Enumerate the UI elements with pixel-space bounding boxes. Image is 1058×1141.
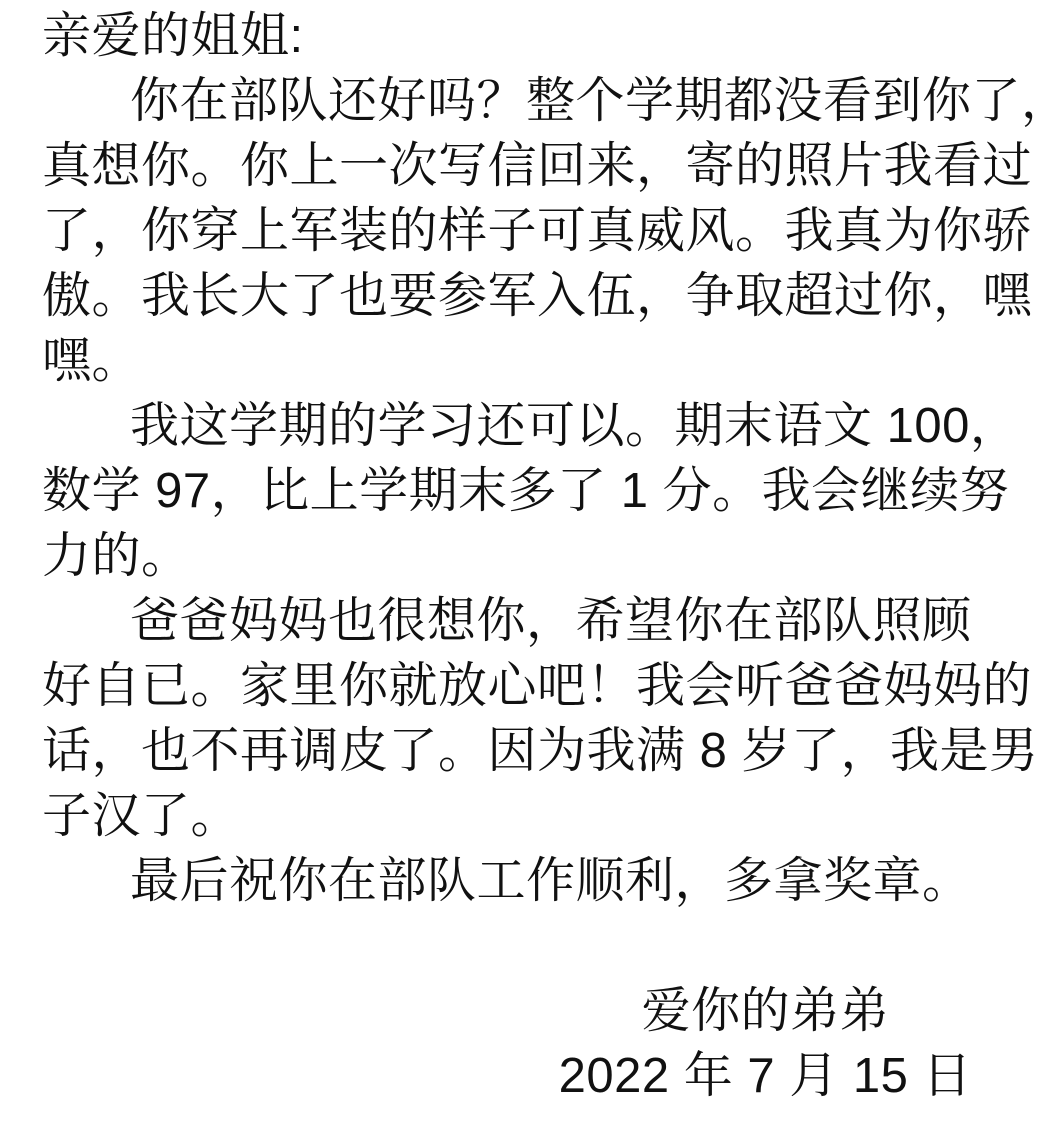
letter-line: 你在部队还好吗？整个学期都没看到你了， <box>42 69 1020 134</box>
letter-greeting: 亲爱的姐姐: <box>42 4 1020 69</box>
letter-line: 好自已。家里你就放心吧！我会听爸爸妈妈的 <box>42 654 1020 719</box>
letter-page: 亲爱的姐姐: 你在部队还好吗？整个学期都没看到你了，真想你。你上一次写信回来，寄… <box>0 0 1058 1109</box>
letter-date: 2022 年 7 月 15 日 <box>559 1044 972 1109</box>
letter-signature: 爱你的弟弟 <box>559 979 972 1044</box>
letter-body: 你在部队还好吗？整个学期都没看到你了，真想你。你上一次写信回来，寄的照片我看过了… <box>42 69 1020 914</box>
letter-line: 数学 97，比上学期末多了 1 分。我会继续努 <box>42 459 1020 524</box>
letter-line: 傲。我长大了也要参军入伍，争取超过你，嘿 <box>42 264 1020 329</box>
letter-line: 真想你。你上一次写信回来，寄的照片我看过 <box>42 134 1020 199</box>
letter-line: 话，也不再调皮了。因为我满 8 岁了，我是男 <box>42 719 1020 784</box>
letter-line: 力的。 <box>42 524 1020 589</box>
letter-line: 最后祝你在部队工作顺利，多拿奖章。 <box>42 849 1020 914</box>
letter-line: 我这学期的学习还可以。期末语文 100， <box>42 394 1020 459</box>
signature-block: 爱你的弟弟 2022 年 7 月 15 日 <box>559 979 972 1109</box>
letter-line: 子汉了。 <box>42 784 1020 849</box>
letter-line: 嘿。 <box>42 329 1020 394</box>
letter-line: 了，你穿上军装的样子可真威风。我真为你骄 <box>42 199 1020 264</box>
letter-line: 爸爸妈妈也很想你，希望你在部队照顾 <box>42 589 1020 654</box>
